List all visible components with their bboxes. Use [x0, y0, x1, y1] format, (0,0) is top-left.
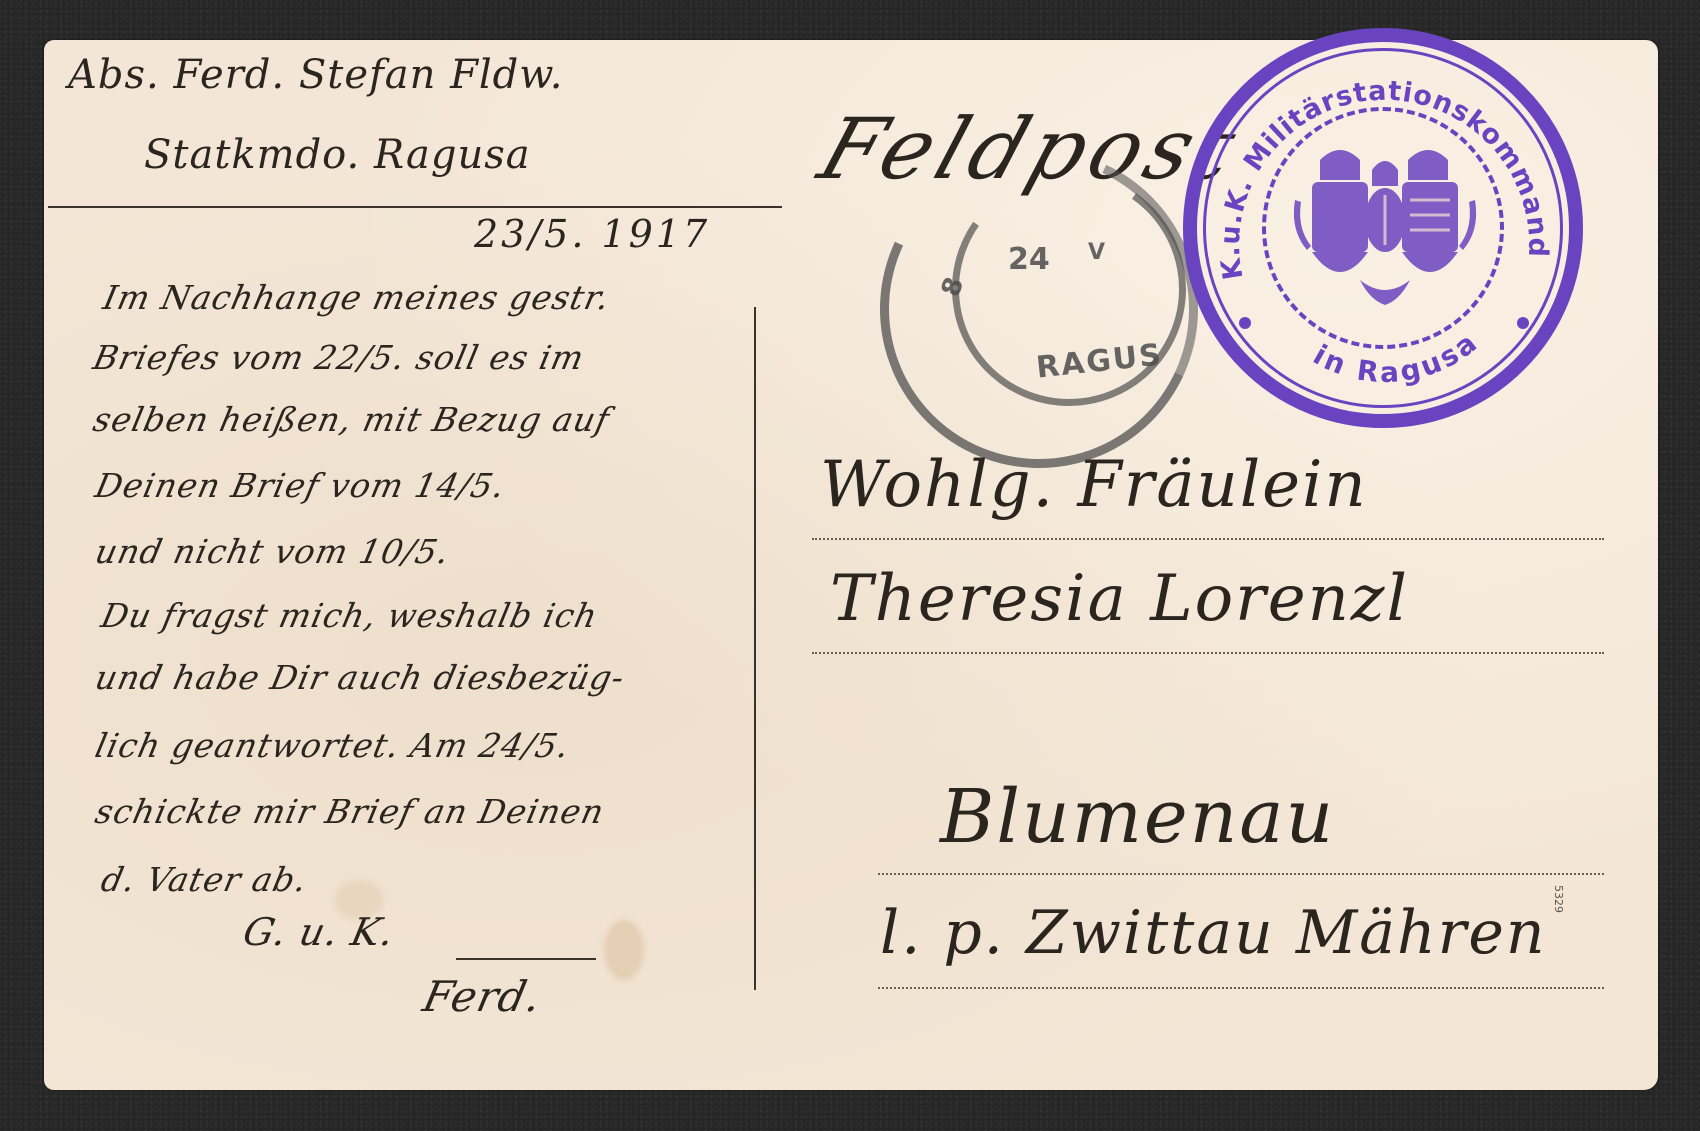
message-line: und nicht vom 10/5.: [92, 532, 454, 571]
postmark-month: V: [1088, 240, 1105, 265]
message-line: selben heißen, mit Bezug auf: [90, 400, 614, 439]
signature-underline: [456, 958, 596, 960]
address-line-2: [812, 652, 1604, 654]
message-line: Briefes vom 22/5. soll es im: [90, 338, 588, 377]
message-line: Du fragst mich, weshalb ich: [98, 596, 602, 635]
message-line: schickte mir Brief an Deinen: [92, 792, 608, 831]
message-line: und habe Dir auch diesbezüg-: [92, 658, 629, 697]
message-line: d. Vater ab.: [98, 860, 311, 899]
recipient-town: Blumenau: [940, 774, 1335, 860]
message-line: Deinen Brief vom 14/5.: [92, 466, 509, 505]
postmark-day: 24: [1008, 242, 1050, 277]
center-divider-line: [754, 307, 756, 990]
message-line: lich geantwortet. Am 24/5.: [92, 726, 574, 765]
sender-line-2: Statkmdo. Ragusa: [144, 132, 531, 178]
sender-line-1: Abs. Ferd. Stefan Fldw.: [68, 52, 563, 98]
seal-bottom-text: in Ragusa: [1308, 325, 1485, 390]
sender-divider-line: [48, 206, 782, 208]
address-line-1: [812, 538, 1604, 540]
stain: [604, 920, 644, 980]
address-line-3: [878, 873, 1604, 875]
message-line: Im Nachhange meines gestr.: [100, 278, 614, 317]
recipient-name: Theresia Lorenzl: [830, 562, 1409, 636]
address-line-4: [878, 987, 1604, 989]
svg-text:in Ragusa: in Ragusa: [1308, 325, 1485, 390]
letter-date: 23/5. 1917: [474, 212, 710, 256]
recipient-salutation: Wohlg. Fräulein: [820, 448, 1368, 522]
coat-of-arms-icon: [1290, 140, 1480, 310]
printer-imprint-number: 5329: [1552, 885, 1565, 913]
signature-name: Ferd.: [419, 972, 546, 1021]
signature-greeting: G. u. K.: [239, 910, 399, 954]
recipient-region: l. p. Zwittau Mähren: [880, 898, 1547, 968]
